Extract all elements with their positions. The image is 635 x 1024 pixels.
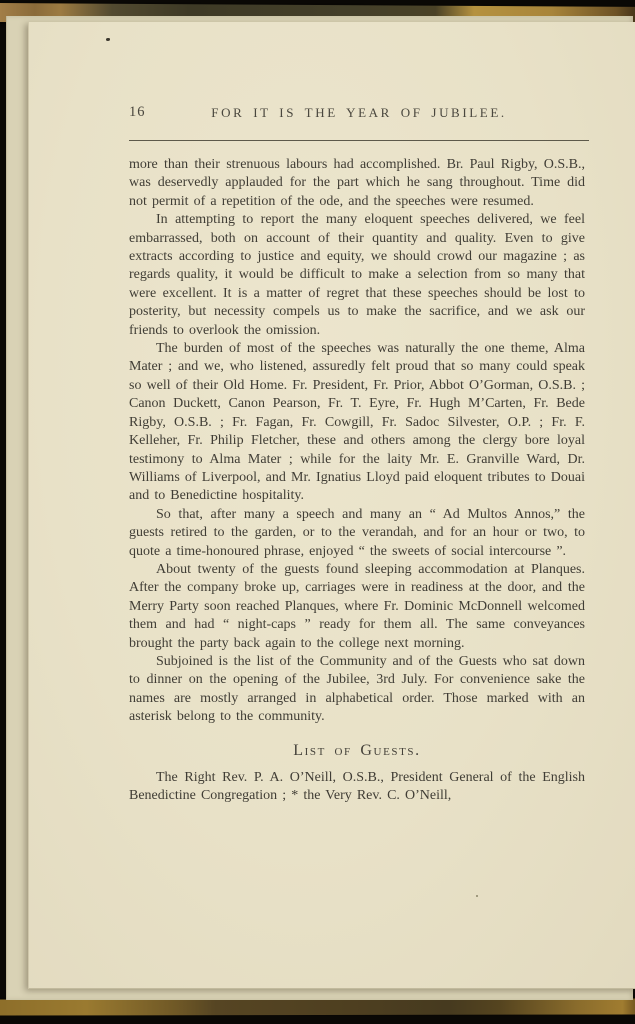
page-text: more than their strenuous labours had ac… [129,156,585,806]
running-head: 16 FOR IT IS THE YEAR OF JUBILEE. [29,104,635,124]
book-cover-edge-bottom [0,998,635,1015]
running-title: FOR IT IS THE YEAR OF JUBILEE. [129,105,589,121]
book-photo: 16 FOR IT IS THE YEAR OF JUBILEE. more t… [0,0,635,1024]
header-rule [129,140,589,141]
ink-speck [106,38,110,41]
paragraph: So that, after many a speech and many an… [129,506,585,561]
paragraph: more than their strenuous labours had ac… [129,156,585,211]
paragraph: The Right Rev. P. A. O’Neill, O.S.B., Pr… [129,769,585,806]
ink-speck [476,895,478,897]
paragraph: About twenty of the guests found sleepin… [129,561,585,653]
paragraph: The burden of most of the speeches was n… [129,340,585,506]
section-heading: List of Guests. [129,742,585,760]
paragraph: In attempting to report the many eloquen… [129,211,585,340]
book-page: 16 FOR IT IS THE YEAR OF JUBILEE. more t… [28,22,635,989]
paragraph: Subjoined is the list of the Community a… [129,653,585,727]
